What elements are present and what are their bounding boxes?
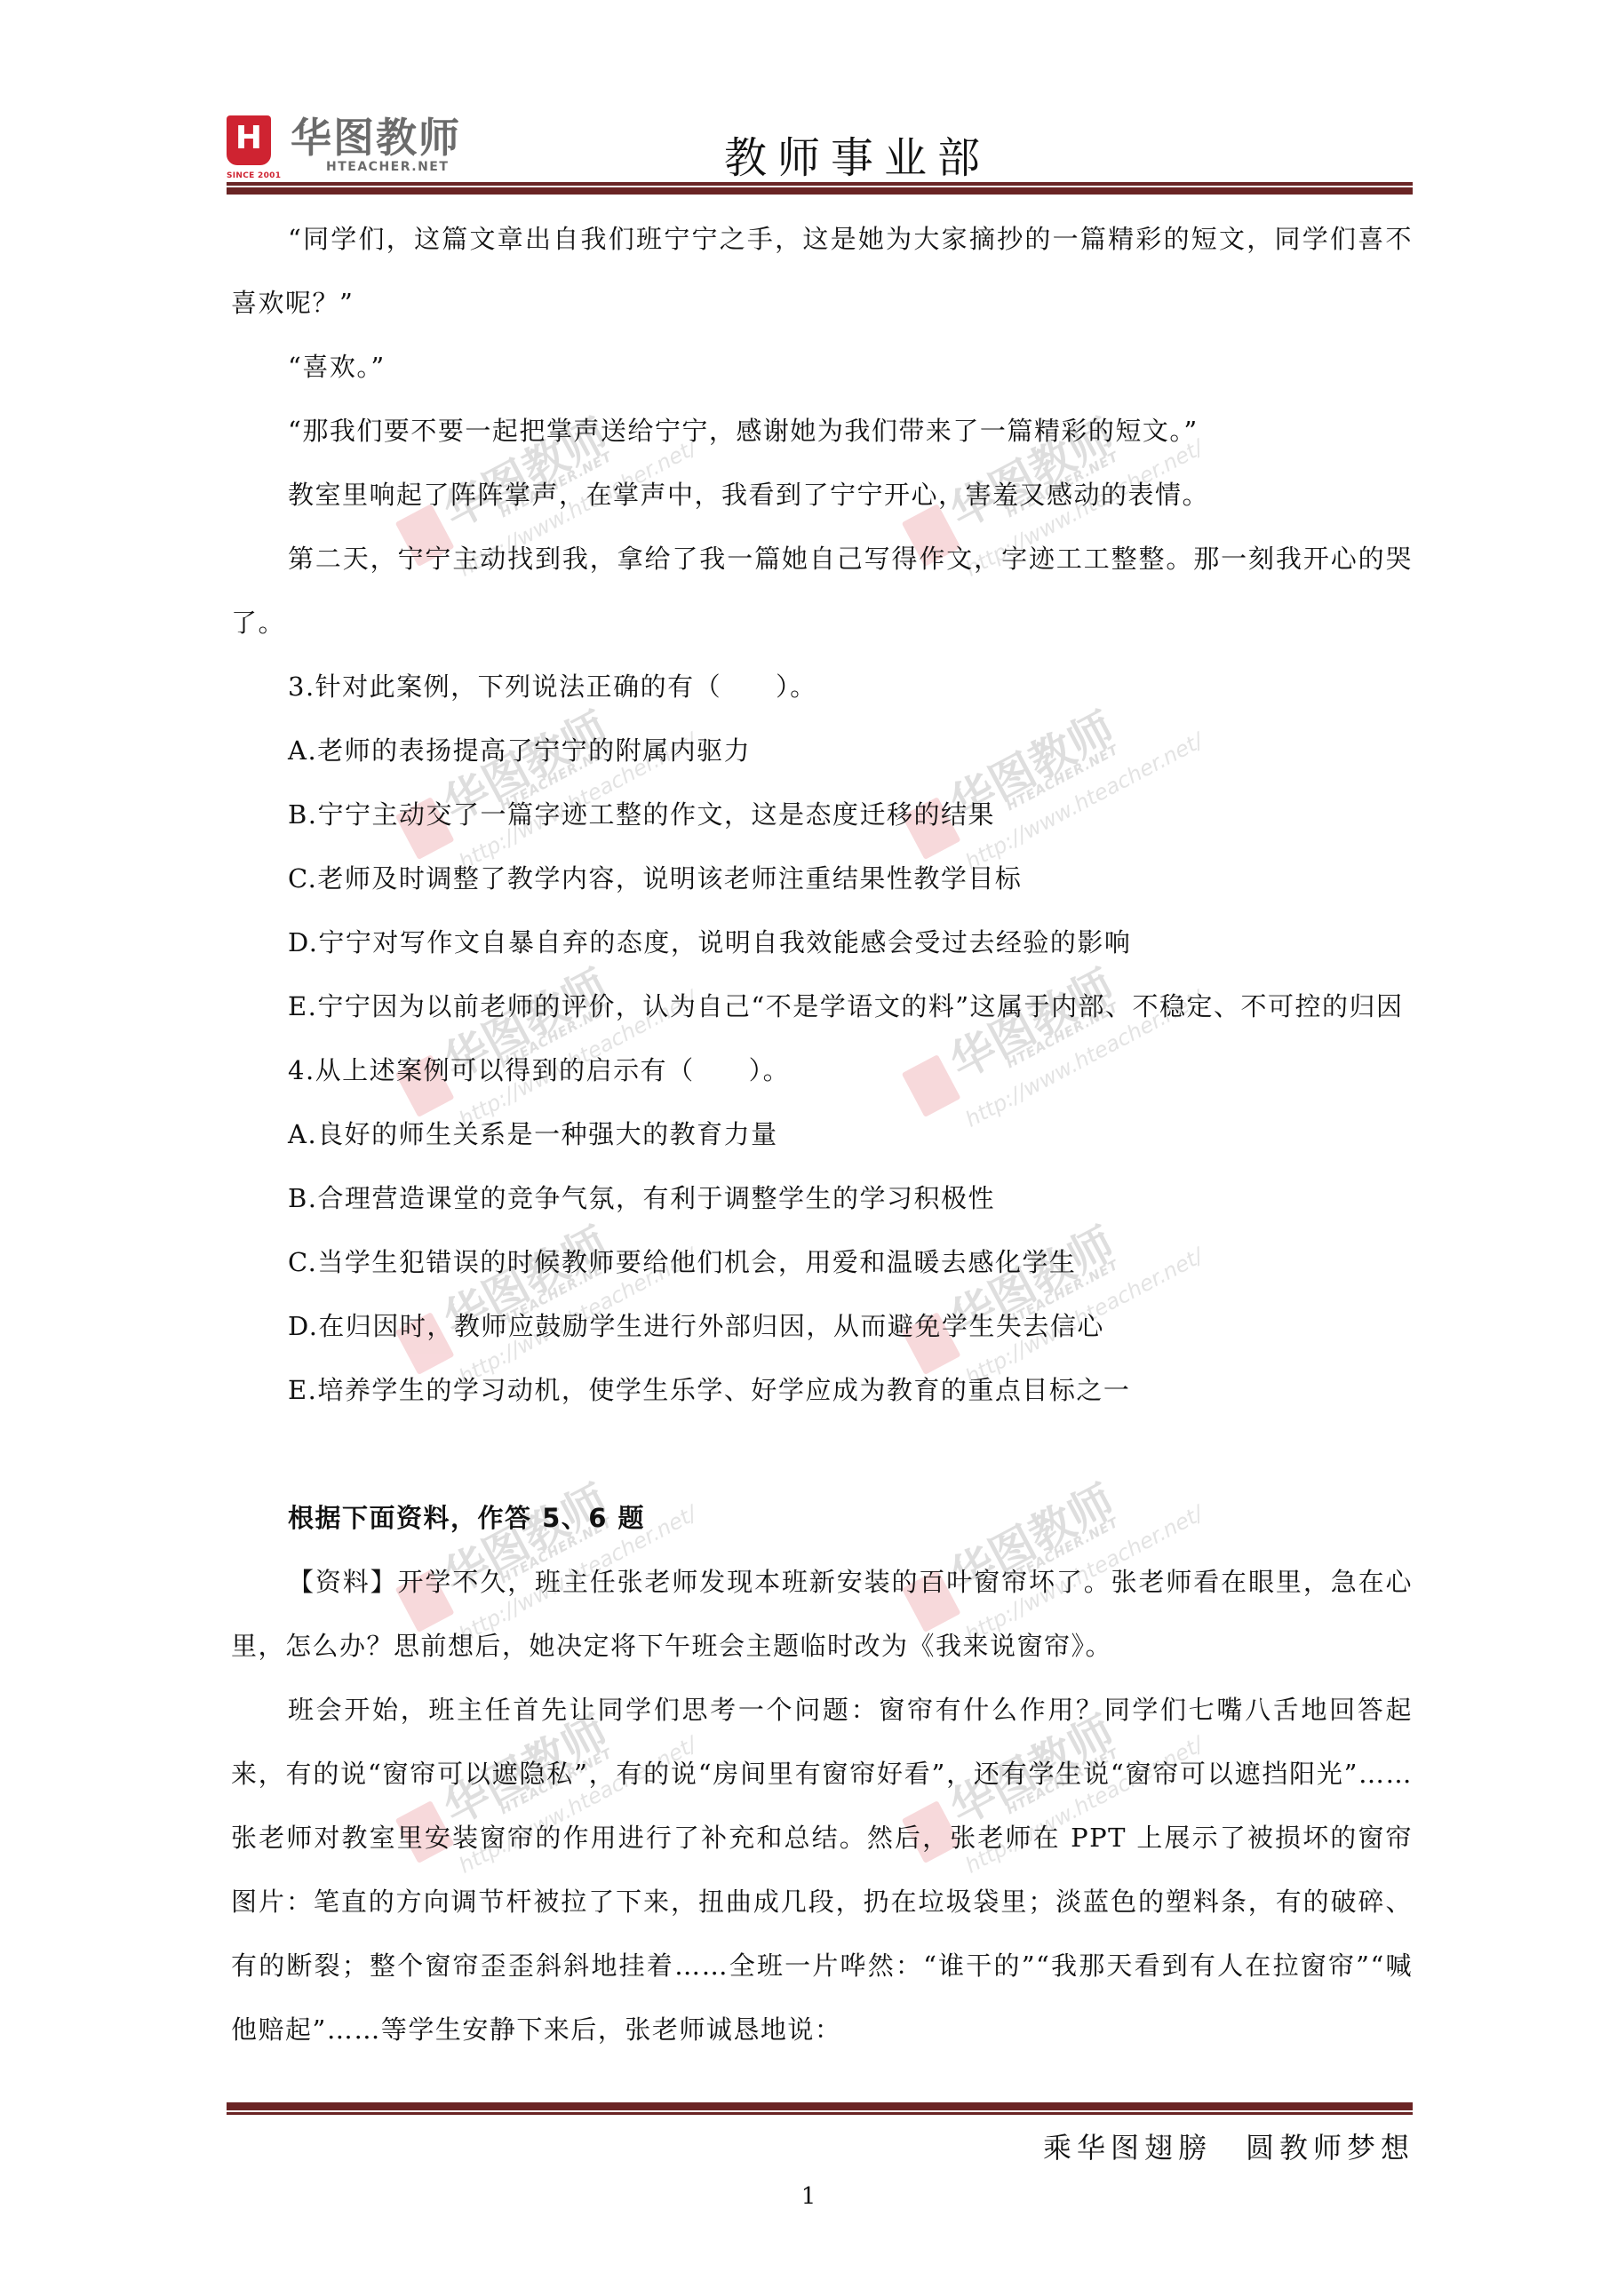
paragraph: “那我们要不要一起把掌声送给宁宁，感谢她为我们带来了一篇精彩的短文。” xyxy=(231,399,1413,463)
logo-badge-icon: H xyxy=(227,115,271,165)
question-option: B.宁宁主动交了一篇字迹工整的作文，这是态度迁移的结果 xyxy=(231,783,1413,846)
logo-name-en: HTEACHER.NET xyxy=(326,160,461,174)
question-option: D.宁宁对写作文自暴自弃的态度，说明自我效能感会受过去经验的影响 xyxy=(231,910,1413,974)
slogan-left: 乘华图翅膀 xyxy=(1043,2131,1212,2165)
slogan-right: 圆教师梦想 xyxy=(1246,2131,1414,2165)
question-stem: 4.从上述案例可以得到的启示有（ ）。 xyxy=(231,1038,1413,1102)
question-stem: 3.针对此案例，下列说法正确的有（ ）。 xyxy=(231,655,1413,719)
header-divider xyxy=(227,182,1413,195)
question-option: A.良好的师生关系是一种强大的教育力量 xyxy=(231,1102,1413,1166)
question-option: E.培养学生的学习动机，使学生乐学、好学应成为教育的重点目标之一 xyxy=(231,1358,1413,1422)
question-option: C.当学生犯错误的时候教师要给他们机会，用爱和温暖去感化学生 xyxy=(231,1230,1413,1294)
question-option: A.老师的表扬提高了宁宁的附属内驱力 xyxy=(231,719,1413,783)
logo-since: SINCE 2001 xyxy=(227,171,281,180)
paragraph: 教室里响起了阵阵掌声，在掌声中，我看到了宁宁开心，害羞又感动的表情。 xyxy=(231,463,1413,527)
paragraph: “喜欢。” xyxy=(231,335,1413,399)
question-option: D.在归因时，教师应鼓励学生进行外部归因，从而避免学生失去信心 xyxy=(231,1294,1413,1358)
page-header: H SINCE 2001 华图教师 HTEACHER.NET 教师事业部 xyxy=(227,111,1413,191)
paragraph: “同学们，这篇文章出自我们班宁宁之手，这是她为大家摘抄的一篇精彩的短文，同学们喜… xyxy=(231,207,1413,335)
material-paragraph: 班会开始，班主任首先让同学们思考一个问题：窗帘有什么作用？同学们七嘴八舌地回答起… xyxy=(231,1678,1413,2062)
footer-divider xyxy=(227,2102,1413,2115)
logo-name-cn: 华图教师 xyxy=(291,115,461,160)
logo-text: 华图教师 HTEACHER.NET xyxy=(291,115,461,174)
department-title: 教师事业部 xyxy=(724,123,991,185)
page-number: 1 xyxy=(0,2183,1617,2210)
brand-logo: H SINCE 2001 华图教师 HTEACHER.NET xyxy=(227,115,461,183)
question-option: E.宁宁因为以前老师的评价，认为自己“不是学语文的料”这属于内部、不稳定、不可控… xyxy=(231,974,1413,1038)
logo-badge-glyph: H xyxy=(227,119,271,158)
material-paragraph: 【资料】开学不久，班主任张老师发现本班新安装的百叶窗帘坏了。张老师看在眼里，急在… xyxy=(231,1550,1413,1678)
question-option: C.老师及时调整了教学内容，说明该老师注重结果性教学目标 xyxy=(231,846,1413,910)
paragraph: 第二天，宁宁主动找到我，拿给了我一篇她自己写得作文，字迹工工整整。那一刻我开心的… xyxy=(231,527,1413,655)
question-option: B.合理营造课堂的竞争气氛，有利于调整学生的学习积极性 xyxy=(231,1166,1413,1230)
document-body: “同学们，这篇文章出自我们班宁宁之手，这是她为大家摘抄的一篇精彩的短文，同学们喜… xyxy=(231,207,1413,2062)
footer-slogan: 乘华图翅膀圆教师梦想 xyxy=(1043,2125,1414,2166)
section-heading: 根据下面资料，作答 5、6 题 xyxy=(231,1486,1413,1550)
